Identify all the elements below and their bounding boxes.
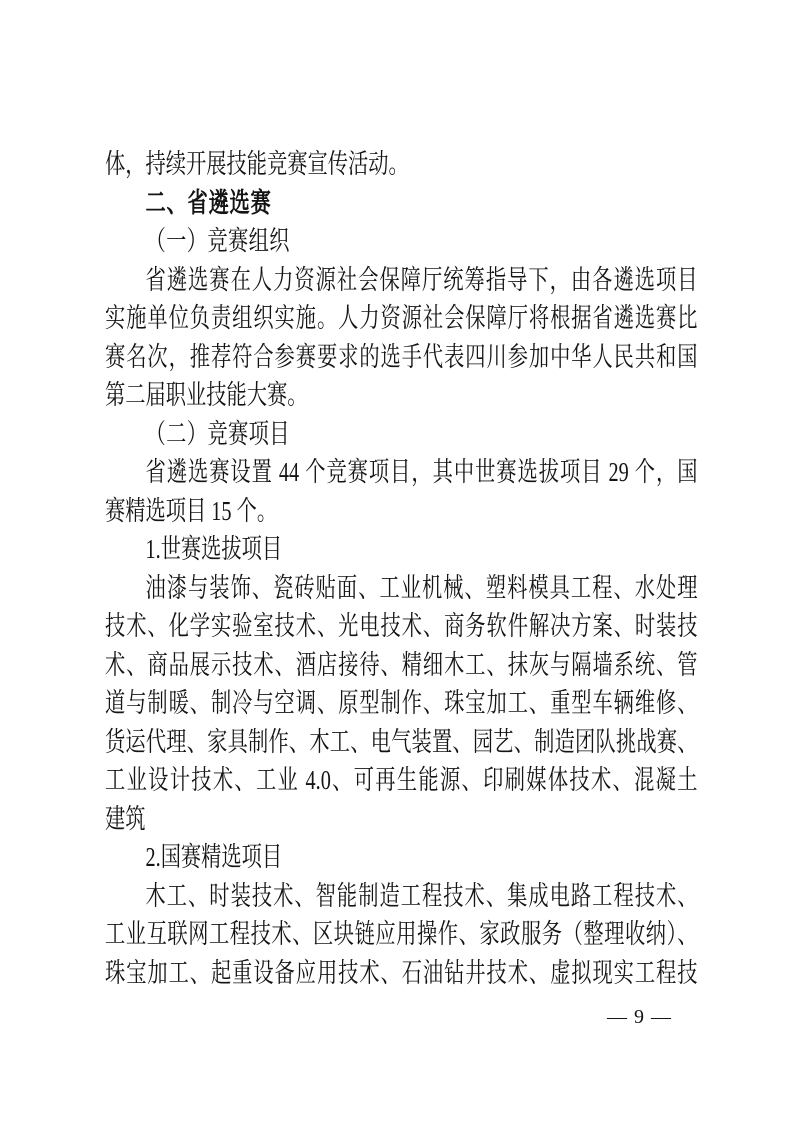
- text-line: 2.国赛精选项目: [105, 838, 698, 877]
- text-line: 省遴选赛设置 44 个竞赛项目，其中世赛选拔项目 29 个，国: [105, 453, 698, 492]
- heading-line: （一）竞赛组织: [105, 222, 698, 261]
- text-line: 实施单位负责组织实施。人力资源社会保障厅将根据省遴选赛比: [105, 299, 698, 338]
- text-line: 油漆与装饰、瓷砖贴面、工业机械、塑料模具工程、水处理: [105, 569, 698, 608]
- heading-line: 二、省遴选赛: [105, 184, 698, 223]
- text-line: 技术、化学实验室技术、光电技术、商务软件解决方案、时装技: [105, 607, 698, 646]
- text-line: 货运代理、家具制作、木工、电气装置、园艺、制造团队挑战赛、: [105, 723, 698, 762]
- document-text-block: 体，持续开展技能竞赛宣传活动。二、省遴选赛（一）竞赛组织省遴选赛在人力资源社会保…: [105, 145, 698, 992]
- text-line: 赛精选项目 15 个。: [105, 492, 698, 531]
- text-line: 工业设计技术、工业 4.0、可再生能源、印刷媒体技术、混凝土: [105, 761, 698, 800]
- text-line: 1.世赛选拔项目: [105, 530, 698, 569]
- text-line: 第二届职业技能大赛。: [105, 376, 698, 415]
- text-line: 工业互联网工程技术、区块链应用操作、家政服务（整理收纳）、: [105, 915, 698, 954]
- text-line: 体，持续开展技能竞赛宣传活动。: [105, 145, 698, 184]
- text-line: 建筑: [105, 800, 698, 839]
- text-line: 省遴选赛在人力资源社会保障厅统筹指导下，由各遴选项目: [105, 261, 698, 300]
- heading-line: （二）竞赛项目: [105, 415, 698, 454]
- text-line: 术、商品展示技术、酒店接待、精细木工、抹灰与隔墙系统、管: [105, 646, 698, 685]
- text-line: 赛名次，推荐符合参赛要求的选手代表四川参加中华人民共和国: [105, 338, 698, 377]
- document-page: 体，持续开展技能竞赛宣传活动。二、省遴选赛（一）竞赛组织省遴选赛在人力资源社会保…: [0, 0, 793, 1122]
- page-number: — 9 —: [607, 1002, 672, 1032]
- text-line: 道与制暖、制冷与空调、原型制作、珠宝加工、重型车辆维修、: [105, 684, 698, 723]
- text-line: 珠宝加工、起重设备应用技术、石油钻井技术、虚拟现实工程技: [105, 954, 698, 993]
- text-line: 木工、时装技术、智能制造工程技术、集成电路工程技术、: [105, 877, 698, 916]
